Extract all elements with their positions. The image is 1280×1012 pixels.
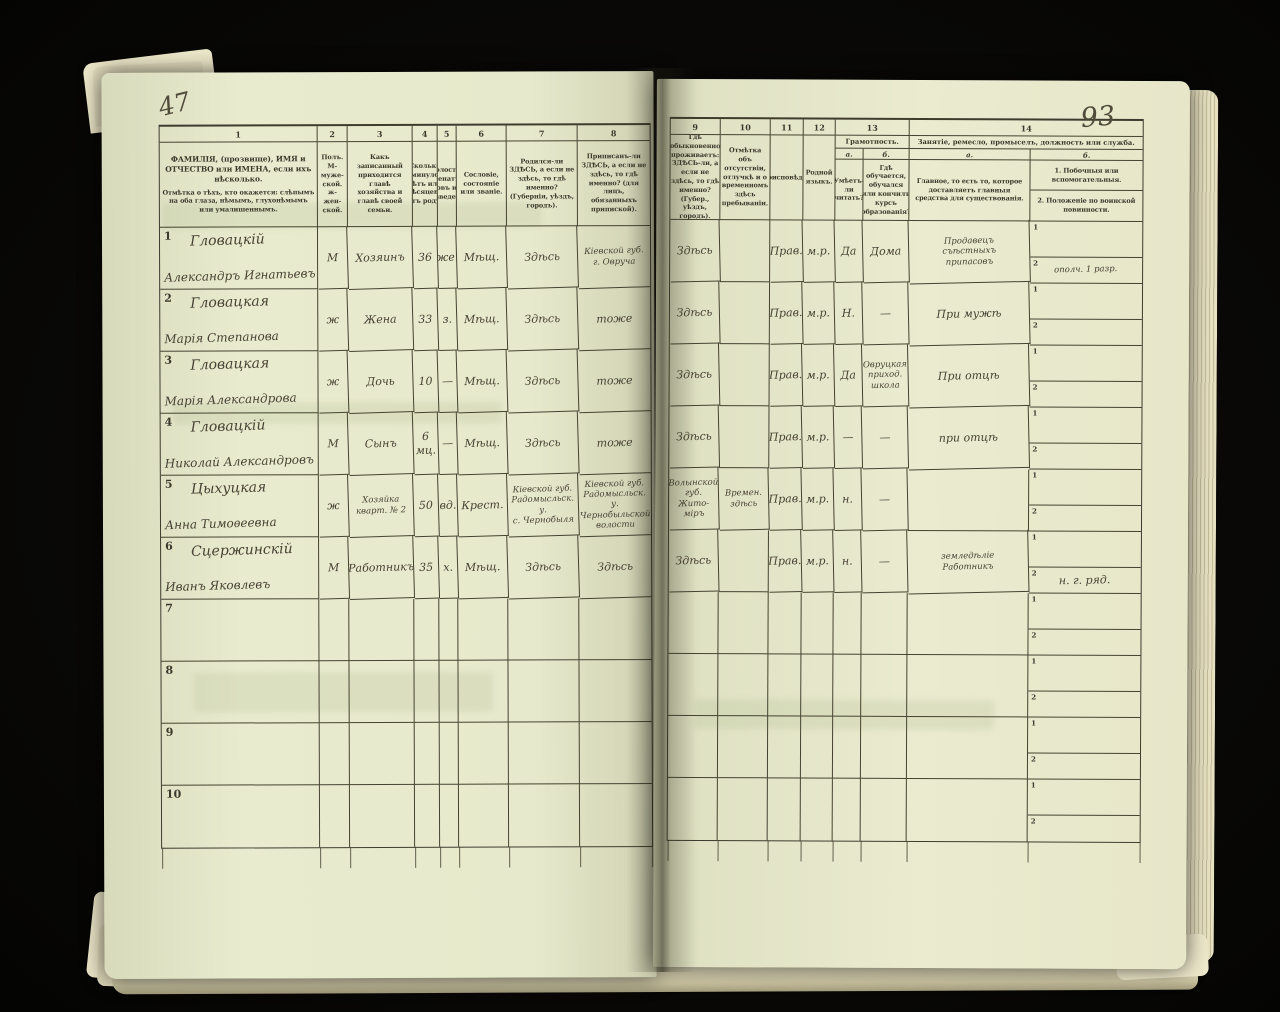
- cell-r7-c12: [801, 592, 833, 654]
- column-line-stub: [320, 847, 321, 868]
- census-table-left-page: 12345678ФАМИЛІЯ, (прозвище), ИМЯ и ОТЧЕС…: [159, 123, 654, 849]
- cell-r5-c14b: 12: [1029, 469, 1141, 531]
- cell-r2-c10: [720, 282, 770, 344]
- subcell-mark: 2: [1033, 382, 1038, 391]
- cell-r3-c2: ж: [318, 351, 350, 414]
- cell-r8-c7: [508, 660, 579, 722]
- cell-r2-c7: Здѣсь: [506, 287, 579, 351]
- cell-r10-c14a: [907, 779, 1028, 842]
- subcell-side-occupation: 1: [1029, 593, 1141, 629]
- subcell-mark: 1: [1032, 594, 1037, 603]
- cell-r3-c5: —: [438, 350, 459, 413]
- cell-r7-c13b: [861, 593, 907, 655]
- cell-r9-c1: 9: [162, 723, 320, 786]
- surname-handwriting: Гловацкая: [190, 293, 269, 313]
- cell-r4-c12: м.р.: [802, 406, 835, 469]
- cell-r4-c13b: —: [862, 406, 909, 469]
- cell-r7-c4: [414, 599, 439, 661]
- header-c4: Сколько минуло лѣтъ или мѣсяцевъ отъ род…: [413, 142, 438, 227]
- column-number-c2: 2: [318, 126, 348, 142]
- cell-r9-c10: [718, 716, 768, 778]
- cell-r2-c9: Здѣсь: [669, 281, 720, 344]
- subcell-military-status: 2н. г. ряд.: [1029, 567, 1141, 592]
- given-name-handwriting: Марія Александрова: [164, 391, 297, 410]
- cell-r9-c5: [440, 723, 459, 785]
- cell-r10-c12: [801, 778, 833, 840]
- cell-r7-c11: [768, 592, 801, 654]
- cell-r4-c4: 6 мц.: [413, 412, 440, 475]
- census-table-right-page: 91011121314Гдѣ обыкновенно проживаетъ: З…: [667, 117, 1144, 843]
- right-page-number: 93: [1079, 99, 1116, 135]
- subcell-mark: 1: [1032, 408, 1037, 417]
- cell-r10-c1: 10: [162, 785, 320, 848]
- cell-r5-c8: Кіевской губ. Радомысльск. у. Чернобыльс…: [578, 473, 652, 537]
- cell-r8-c5: [439, 661, 458, 723]
- cell-r10-c3: [350, 785, 415, 847]
- header-c14a: Главное, то есть то, которое доставляетъ…: [909, 160, 1030, 222]
- header-c6: Сословіе, состояніе или званіе.: [457, 142, 507, 227]
- header-c13b-letter: б.: [864, 149, 910, 160]
- cell-r10-c5: [440, 785, 459, 847]
- cell-r4-c5: —: [438, 412, 459, 475]
- row-number: 4: [165, 416, 173, 429]
- subcell-mark: 2: [1032, 444, 1037, 453]
- cell-r8-c14a: [907, 655, 1028, 718]
- cell-r3-c11: Прав.: [769, 344, 803, 407]
- cell-r5-c13a: н.: [833, 468, 862, 531]
- column-number-12: 12: [804, 119, 836, 135]
- column-line-stub: [415, 847, 416, 868]
- cell-r6-c2: М: [318, 537, 350, 600]
- cell-r1-c8: Кіевской губ. г. Овруча: [577, 225, 651, 289]
- cell-r8-c2: [319, 661, 349, 723]
- cell-r8-c3: [349, 661, 414, 723]
- cell-r5-c4: 50: [413, 474, 440, 537]
- row-number: 9: [166, 726, 174, 739]
- cell-r5-c7: Кіевской губ. Радомысльск. у. с. Чернобы…: [507, 473, 580, 537]
- column-number-13: 13: [836, 120, 910, 136]
- subcell-side-occupation: 1: [1030, 221, 1142, 257]
- column-number-10: 10: [721, 119, 771, 135]
- cell-r9-c14b: 12: [1028, 717, 1140, 779]
- cell-r7-c14b: 12: [1028, 593, 1140, 655]
- cell-r4-c8: тоже: [578, 411, 652, 475]
- cell-r5-c13b: —: [861, 468, 908, 531]
- cell-r3-c13a: Да: [834, 344, 863, 407]
- header-c14b1: 1. Побочныя или вспомогательныя.: [1030, 160, 1142, 190]
- cell-r4-c2: М: [318, 413, 350, 476]
- column-number-c3: 3: [348, 126, 413, 142]
- subcell-mark: 1: [1031, 718, 1036, 727]
- subcell-side-occupation: 1: [1030, 283, 1142, 319]
- cell-r9-c13a: [833, 717, 861, 779]
- cell-r8-c8: [579, 660, 651, 722]
- cell-r1-c14b: 12ополч. 1 разр.: [1030, 221, 1142, 283]
- column-line-stub: [1027, 841, 1028, 862]
- cell-r3-c1: 3ГловацкаяМарія Александрова: [160, 351, 318, 414]
- column-line-stub: [667, 840, 668, 861]
- column-line-stub: [162, 848, 163, 869]
- subcell-military-status: 2: [1029, 443, 1141, 468]
- left-page-number: 47: [155, 85, 194, 123]
- header-c13-literacy: Грамотность.: [836, 136, 910, 149]
- column-line-stub: [1139, 842, 1140, 863]
- cell-r10-c11: [768, 778, 801, 840]
- column-line-stub: [906, 841, 907, 862]
- subcell-value: ополч. 1 разр.: [1054, 264, 1117, 276]
- given-name-handwriting: Иванъ Яковлевъ: [165, 577, 271, 595]
- header-c1-names: ФАМИЛІЯ, (прозвище), ИМЯ и ОТЧЕСТВО или …: [162, 154, 315, 185]
- cell-r5-c10: Времен. здѣсь: [718, 468, 769, 531]
- header-c5: Холостъ, женатъ, вдовъ или разведенъ.: [438, 142, 457, 227]
- cell-r3-c14b: 12: [1030, 345, 1142, 407]
- cell-r10-c4: [415, 785, 440, 847]
- subcell-military-status: 2ополч. 1 разр.: [1030, 257, 1142, 282]
- cell-r6-c12: м.р.: [801, 530, 834, 593]
- cell-r4-c11: Прав.: [769, 406, 803, 469]
- cell-r9-c9: [668, 716, 718, 778]
- cell-r3-c14a: При отцѣ: [908, 344, 1030, 409]
- subcell-side-occupation: 1: [1028, 717, 1140, 753]
- row-number: 3: [164, 354, 172, 367]
- cell-r8-c11: [768, 654, 801, 716]
- subcell-military-status: 2: [1030, 319, 1142, 344]
- cell-r3-c7: Здѣсь: [507, 349, 580, 413]
- cell-r10-c7: [509, 784, 580, 846]
- header-c13a-letter: а.: [836, 149, 864, 160]
- cell-r10-c14b: 12: [1028, 779, 1140, 841]
- column-line-stub: [509, 847, 510, 868]
- subcell-side-occupation: 1: [1029, 469, 1141, 505]
- cell-r5-c14a: [908, 469, 1029, 532]
- subcell-mark: 2: [1031, 692, 1036, 701]
- header-c1-infirmity-note: Отмѣтка о тѣхъ, кто окажется: слѣпымъ на…: [162, 188, 315, 215]
- header-c10: Отмѣтка объ отсутствіи, отлучкѣ и о врем…: [720, 135, 770, 220]
- cell-r3-c12: м.р.: [802, 344, 835, 407]
- cell-r1-c14a: Продавецъ съѣстныхъ припасовъ: [909, 220, 1031, 285]
- header-c1: ФАМИЛІЯ, (прозвище), ИМЯ и ОТЧЕСТВО или …: [160, 142, 318, 228]
- cell-r9-c4: [415, 723, 440, 785]
- cell-r10-c2: [320, 785, 350, 847]
- cell-r1-c3: Хозяинъ: [347, 226, 414, 290]
- column-line-stub: [459, 847, 460, 868]
- subcell-side-occupation: 1: [1030, 345, 1142, 381]
- cell-r10-c8: [580, 784, 652, 846]
- cell-r6-c6: Мѣщ.: [457, 536, 509, 599]
- cell-r8-c6: [458, 661, 508, 723]
- cell-r3-c4: 10: [413, 350, 440, 413]
- cell-r6-c3: Работникъ: [348, 536, 415, 600]
- cell-r4-c9: Здѣсь: [669, 405, 720, 468]
- subcell-mark: 2: [1033, 320, 1038, 329]
- cell-r5-c12: м.р.: [801, 468, 834, 531]
- cell-r2-c5: з.: [437, 288, 458, 351]
- cell-r4-c13a: —: [834, 406, 863, 469]
- subcell-mark: 2: [1031, 630, 1036, 639]
- right-page: 93 91011121314Гдѣ обыкновенно проживаетъ…: [653, 79, 1190, 969]
- cell-r8-c12: [801, 654, 833, 716]
- cell-r5-c11: Прав.: [768, 468, 802, 531]
- cell-r1-c10: [720, 220, 770, 282]
- cell-r4-c10: [719, 406, 769, 468]
- header-c11: Вѣроисповѣданіе.: [770, 135, 803, 220]
- cell-r1-c5: же.: [437, 226, 458, 289]
- cell-r2-c13a: Н.: [834, 282, 863, 345]
- header-c14b2: 2. Положеніе по воинской повинности.: [1030, 190, 1142, 221]
- header-c14a-letter: а.: [910, 149, 1031, 161]
- cell-r1-c11: Прав.: [770, 220, 804, 283]
- row-number: 2: [164, 292, 172, 305]
- cell-r8-c10: [718, 654, 768, 716]
- surname-handwriting: Гловацкая: [190, 355, 269, 375]
- given-name-handwriting: Александръ Игнатьевъ: [164, 266, 316, 285]
- subcell-mark: 1: [1031, 656, 1036, 665]
- header-c3: Какъ записанный приходится главѣ хозяйст…: [348, 142, 413, 227]
- cell-r2-c6: Мѣщ.: [456, 288, 508, 351]
- cell-r4-c3: Сынъ: [348, 412, 415, 476]
- cell-r6-c9: Здѣсь: [668, 529, 719, 592]
- column-number-9: 9: [671, 119, 721, 135]
- row-number: 8: [165, 664, 173, 677]
- subcell-side-occupation: 1: [1029, 407, 1141, 443]
- left-page: 47 12345678ФАМИЛІЯ, (прозвище), ИМЯ и ОТ…: [101, 71, 656, 979]
- cell-r2-c14a: При мужѣ: [908, 282, 1030, 347]
- cell-r3-c13b: Овруцкая приход. школа: [862, 344, 909, 407]
- cell-r10-c6: [459, 785, 509, 847]
- column-number-c8: 8: [578, 125, 650, 141]
- cell-r2-c11: Прав.: [769, 282, 803, 345]
- column-line-stub: [767, 840, 768, 861]
- subcell-military-status: 2: [1029, 505, 1141, 530]
- cell-r1-c1: 1ГловацкійАлександръ Игнатьевъ: [160, 227, 318, 290]
- cell-r2-c12: м.р.: [802, 282, 835, 345]
- cell-r9-c12: [801, 716, 833, 778]
- cell-r3-c8: тоже: [578, 349, 652, 413]
- cell-r9-c11: [768, 716, 801, 778]
- cell-r2-c4: 33: [412, 288, 439, 351]
- column-number-11: 11: [771, 119, 804, 135]
- cell-r9-c2: [320, 723, 350, 785]
- cell-r5-c5: вд.: [438, 474, 459, 537]
- cell-r9-c13b: [861, 717, 907, 779]
- subcell-military-status: 2: [1028, 815, 1140, 840]
- cell-r7-c10: [718, 592, 768, 654]
- cell-r9-c8: [580, 722, 652, 784]
- cell-r6-c11: Прав.: [768, 530, 802, 593]
- cell-r10-c10: [718, 778, 768, 840]
- cell-r7-c8: [579, 598, 651, 660]
- given-name-handwriting: Анна Тимоѳеевна: [165, 515, 277, 533]
- cell-r7-c6: [458, 599, 508, 661]
- cell-r9-c3: [350, 723, 415, 785]
- row-number: 10: [166, 788, 181, 801]
- cell-r8-c13a: [833, 655, 861, 717]
- column-line-stub: [350, 847, 351, 868]
- cell-r7-c5: [439, 599, 458, 661]
- subcell-side-occupation: 1: [1028, 655, 1140, 691]
- cell-r3-c6: Мѣщ.: [457, 350, 509, 413]
- cell-r1-c7: Здѣсь: [506, 225, 579, 289]
- cell-r4-c1: 4ГловацкійНиколай Александровъ: [161, 413, 319, 476]
- cell-r3-c3: Дочь: [348, 350, 415, 414]
- row-number: 7: [165, 602, 173, 615]
- cell-r5-c2: ж: [318, 475, 350, 538]
- cell-r8-c14b: 12: [1028, 655, 1140, 717]
- cell-r6-c1: 6СцержинскійИванъ Яковлевъ: [161, 537, 319, 600]
- column-number-c4: 4: [413, 126, 438, 142]
- cell-r1-c6: Мѣщ.: [456, 226, 508, 289]
- cell-r6-c14b: 12н. г. ряд.: [1029, 531, 1141, 593]
- cell-r5-c9: Волынской губ. Жито- міръ: [668, 467, 719, 530]
- subcell-mark: 2: [1032, 506, 1037, 515]
- cell-r5-c6: Крест.: [457, 474, 509, 537]
- row-number: 1: [164, 230, 172, 243]
- subcell-mark: 1: [1032, 532, 1037, 541]
- cell-r6-c5: х.: [438, 536, 459, 599]
- given-name-handwriting: Николай Александровъ: [165, 452, 315, 471]
- column-number-c5: 5: [438, 126, 457, 142]
- column-line-stub: [440, 847, 441, 868]
- subcell-mark: 2: [1031, 816, 1036, 825]
- cell-r2-c13b: —: [862, 282, 909, 345]
- surname-handwriting: Гловацкій: [190, 231, 265, 251]
- cell-r1-c4: 36: [412, 226, 439, 289]
- subcell-military-status: 2: [1028, 753, 1140, 778]
- column-line-stub: [717, 840, 718, 861]
- cell-r9-c6: [459, 723, 509, 785]
- column-number-c6: 6: [457, 126, 507, 142]
- cell-r6-c14a: земледѣліе Работникъ: [907, 530, 1029, 595]
- cell-r6-c4: 35: [413, 536, 440, 599]
- cell-r2-c8: тоже: [577, 287, 651, 351]
- cell-r9-c14a: [907, 717, 1028, 780]
- header-c7: Родился-ли ЗДѢСЬ, а если не здѣсь, то гд…: [507, 141, 578, 226]
- subcell-mark: 2: [1033, 258, 1038, 267]
- subcell-military-status: 2: [1028, 691, 1140, 716]
- header-c2: Полъ. М-муже-ской. ж-жен-ской.: [318, 142, 348, 227]
- cell-r10-c13a: [833, 779, 861, 841]
- cell-r8-c4: [414, 661, 439, 723]
- header-c13a: Умѣетъ-ли читать?: [835, 160, 863, 221]
- subcell-mark: 1: [1033, 284, 1038, 293]
- cell-r7-c13a: [833, 593, 861, 655]
- cell-r10-c9: [668, 778, 718, 840]
- cell-r3-c10: [720, 344, 770, 406]
- cell-r2-c14b: 12: [1030, 283, 1142, 345]
- header-c13b: Гдѣ обучается, обучался или кончилъ курс…: [863, 160, 909, 221]
- subcell-mark: 1: [1032, 470, 1037, 479]
- cell-r6-c8: Здѣсь: [578, 535, 652, 599]
- column-line-stub: [580, 846, 581, 867]
- cell-r7-c3: [349, 599, 414, 661]
- surname-handwriting: Гловацкій: [190, 417, 265, 437]
- column-line-stub: [800, 840, 801, 861]
- surname-handwriting: Сцержинскій: [191, 541, 293, 562]
- cell-r7-c1: 7: [161, 599, 319, 662]
- cell-r1-c13b: Дома: [863, 220, 910, 283]
- header-c14b-letter: б.: [1031, 149, 1143, 160]
- cell-r3-c9: Здѣсь: [669, 343, 720, 406]
- cell-r1-c9: Здѣсь: [670, 219, 721, 282]
- cell-r1-c13a: Да: [835, 220, 864, 283]
- cell-r10-c13b: [861, 779, 907, 841]
- header-c14-occupation: Занятіе, ремесло, промыселъ, должность и…: [910, 136, 1143, 150]
- cell-r4-c6: Мѣщ.: [457, 412, 509, 475]
- cell-r2-c2: ж: [317, 289, 349, 352]
- cell-r4-c7: Здѣсь: [507, 411, 580, 475]
- subcell-mark: 1: [1033, 346, 1038, 355]
- cell-r8-c1: 8: [161, 661, 319, 724]
- cell-r1-c12: м.р.: [803, 220, 836, 283]
- surname-handwriting: Цыхуцкая: [191, 479, 267, 499]
- cell-r5-c1: 5ЦыхуцкаяАнна Тимоѳеевна: [161, 475, 319, 538]
- cell-r4-c14b: 12: [1029, 407, 1141, 469]
- cell-r1-c2: М: [317, 227, 349, 290]
- row-number: 6: [165, 540, 173, 553]
- subcell-mark: 1: [1031, 780, 1036, 789]
- cell-r6-c7: Здѣсь: [507, 535, 580, 599]
- census-book-photo: 47 12345678ФАМИЛІЯ, (прозвище), ИМЯ и ОТ…: [0, 0, 1280, 1012]
- cell-r7-c14a: [907, 593, 1028, 656]
- cell-r6-c13a: н.: [833, 530, 862, 593]
- subcell-value: н. г. ряд.: [1059, 573, 1111, 588]
- cell-r8-c13b: [861, 655, 907, 717]
- cell-r5-c3: Хозяйка кварт. № 2: [348, 474, 415, 538]
- subcell-mark: 2: [1032, 568, 1037, 577]
- cell-r4-c14a: при отцѣ: [908, 406, 1030, 471]
- header-c8: Приписанъ-ли ЗДѢСЬ, а если не здѣсь, то …: [578, 141, 650, 226]
- subcell-side-occupation: 1: [1029, 531, 1141, 567]
- cell-r2-c1: 2ГловацкаяМарія Степанова: [160, 289, 318, 352]
- subcell-mark: 2: [1031, 754, 1036, 763]
- cell-r8-c9: [668, 654, 718, 716]
- cell-r9-c7: [509, 722, 580, 784]
- column-number-c1: 1: [160, 126, 318, 143]
- subcell-military-status: 2: [1028, 629, 1140, 654]
- given-name-handwriting: Марія Степанова: [164, 329, 279, 347]
- row-number: 5: [165, 478, 173, 491]
- subcell-military-status: 2: [1030, 381, 1142, 406]
- cell-r6-c13b: —: [861, 530, 908, 593]
- column-line-stub: [860, 841, 861, 862]
- cell-r2-c3: Жена: [347, 288, 414, 352]
- cell-r6-c10: [719, 530, 769, 592]
- cell-r7-c2: [319, 599, 349, 661]
- subcell-mark: 1: [1033, 222, 1038, 231]
- column-number-c7: 7: [507, 125, 578, 141]
- column-line-stub: [832, 841, 833, 862]
- header-c9: Гдѣ обыкновенно проживаетъ: ЗДѢСЬ-ли, а …: [670, 135, 720, 220]
- cell-r7-c9: [668, 592, 718, 654]
- cell-r7-c7: [508, 598, 579, 660]
- subcell-side-occupation: 1: [1028, 779, 1140, 815]
- header-c12: Родной языкъ.: [803, 135, 835, 220]
